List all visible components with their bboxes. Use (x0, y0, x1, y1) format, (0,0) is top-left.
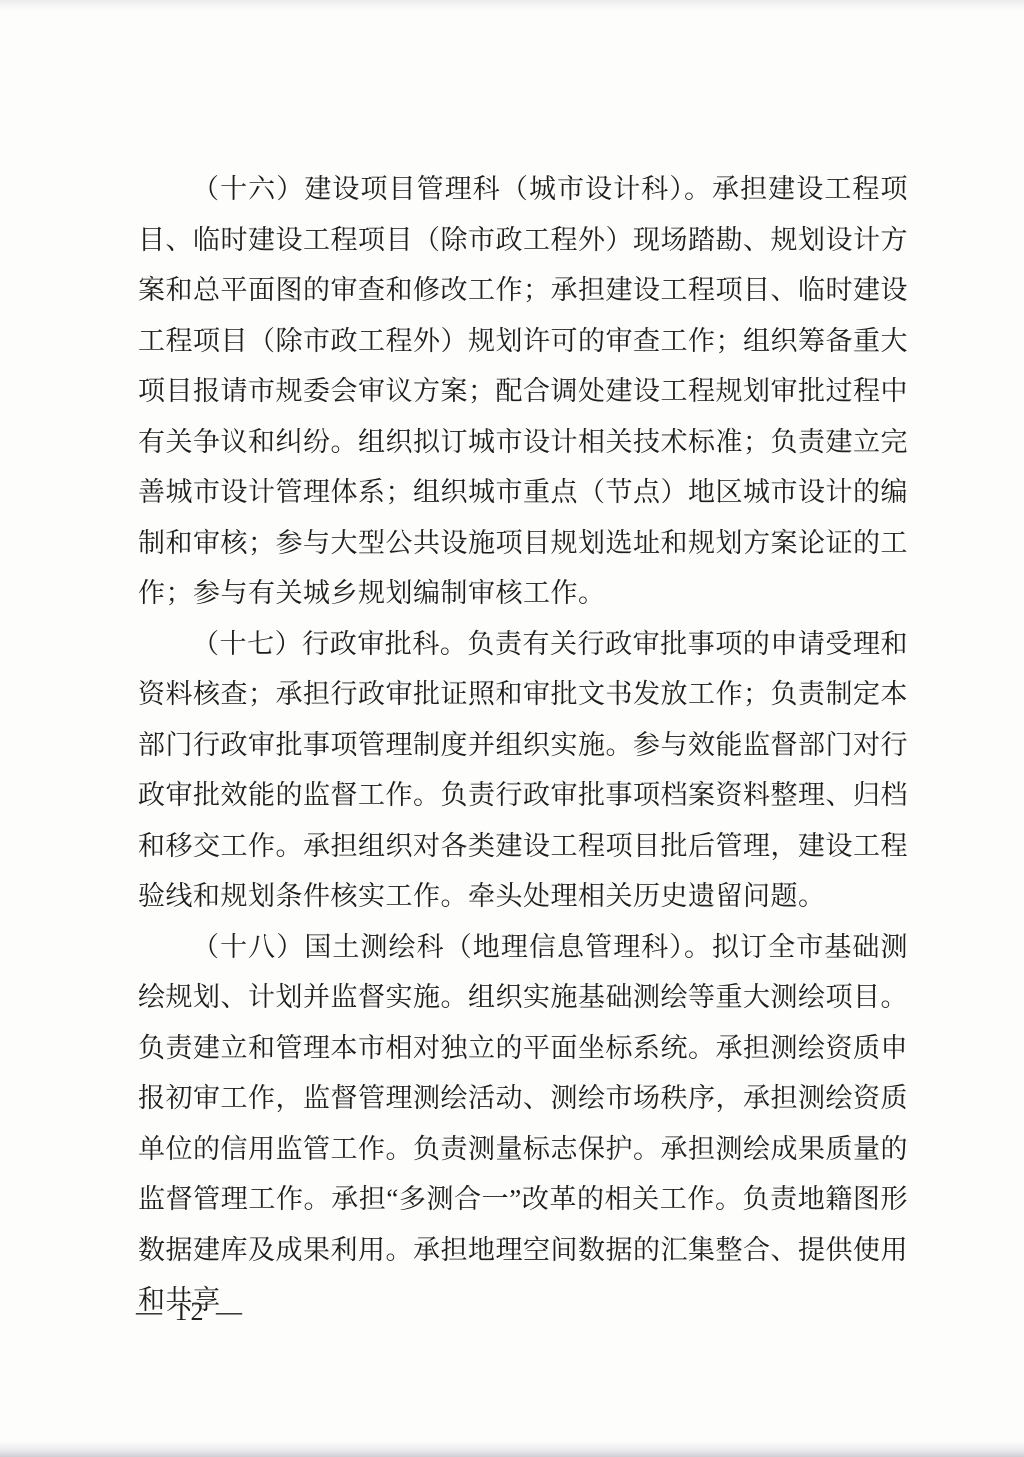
scan-edge-bottom-shadow (0, 1441, 1024, 1457)
document-body: （十六）建设项目管理科（城市设计科）。承担建设工程项目、临时建设工程项目（除市政… (138, 164, 908, 1326)
paragraph-section-16: （十六）建设项目管理科（城市设计科）。承担建设工程项目、临时建设工程项目（除市政… (138, 164, 908, 619)
page-number: — 12 — (136, 1297, 245, 1327)
paragraph-section-18: （十八）国土测绘科（地理信息管理科）。拟订全市基础测绘规划、计划并监督实施。组织… (138, 922, 908, 1326)
scanned-document-page: （十六）建设项目管理科（城市设计科）。承担建设工程项目、临时建设工程项目（除市政… (0, 0, 1024, 1457)
paragraph-section-17: （十七）行政审批科。负责有关行政审批事项的申请受理和资料核查；承担行政审批证照和… (138, 619, 908, 922)
scan-edge-top-shadow (0, 0, 1024, 10)
